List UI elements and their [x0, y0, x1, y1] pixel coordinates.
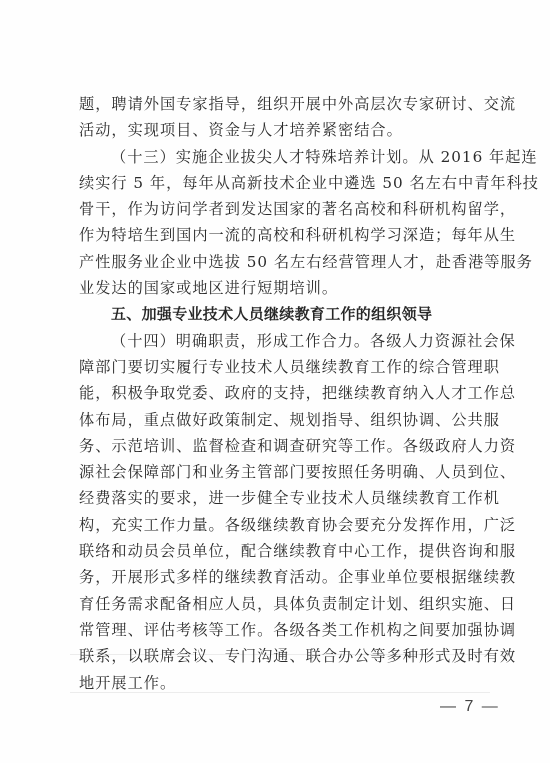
paragraph-line: 源社会保障部门和业务主管部门要按照任务明确、人员到位、 — [79, 459, 485, 485]
document-page: 题，聘请外国专家指导，组织开展中外高层次专家研讨、交流 活动，实现项目、资金与人… — [0, 0, 550, 763]
paragraph-line: 务、示范培训、监督检查和调查研究等工作。各级政府人力资 — [79, 433, 485, 459]
paragraph-line: 构，充实工作力量。各级继续教育协会要充分发挥作用，广泛 — [79, 512, 485, 538]
paragraph-line: 务，开展形式多样的继续教育活动。企事业单位要根据继续教 — [79, 564, 485, 590]
paragraph-line: 联系，以联席会议、专门沟通、联合办公等多种形式及时有效 — [79, 643, 485, 669]
paragraph-line-section-13: （十三）实施企业拔尖人才特殊培养计划。从 2016 年起连 — [79, 144, 485, 170]
paragraph-line: 作为特培生到国内一流的高校和科研机构学习深造；每年从生 — [79, 222, 485, 248]
paragraph-line: 业发达的国家或地区进行短期培训。 — [79, 275, 485, 301]
paragraph-line: 能，积极争取党委、政府的支持，把继续教育纳入人才工作总 — [79, 380, 485, 406]
paragraph-line: 活动，实现项目、资金与人才培养紧密结合。 — [79, 117, 485, 143]
paragraph-line-section-14: （十四）明确职责，形成工作合力。各级人力资源社会保 — [79, 328, 485, 354]
paragraph-line: 常管理、评估考核等工作。各级各类工作机构之间要加强协调 — [79, 617, 485, 643]
document-body: 题，聘请外国专家指导，组织开展中外高层次专家研讨、交流 活动，实现项目、资金与人… — [79, 91, 485, 696]
paragraph-line: 障部门要切实履行专业技术人员继续教育工作的综合管理职 — [79, 354, 485, 380]
paragraph-line: 续实行 5 年，每年从高新技术企业中遴选 50 名左右中青年科技 — [79, 170, 485, 196]
paragraph-line: 骨干，作为访问学者到发达国家的著名高校和科研机构留学， — [79, 196, 485, 222]
paragraph-line: 经费落实的要求，进一步健全专业技术人员继续教育工作机 — [79, 485, 485, 511]
page-number: — 7 — — [440, 698, 500, 716]
paragraph-line: 题，聘请外国专家指导，组织开展中外高层次专家研讨、交流 — [79, 91, 485, 117]
paragraph-line: 产性服务业企业中选拔 50 名左右经营管理人才，赴香港等服务 — [79, 249, 485, 275]
section-heading: 五、加强专业技术人员继续教育工作的组织领导 — [79, 301, 485, 327]
paragraph-line: 育任务需求配备相应人员，具体负责制定计划、组织实施、日 — [79, 591, 485, 617]
paragraph-line: 联络和动员会员单位，配合继续教育中心工作，提供咨询和服 — [79, 538, 485, 564]
paragraph-line: 体布局，重点做好政策制定、规划指导、组织协调、公共服 — [79, 407, 485, 433]
paragraph-line: 地开展工作。 — [79, 670, 485, 696]
